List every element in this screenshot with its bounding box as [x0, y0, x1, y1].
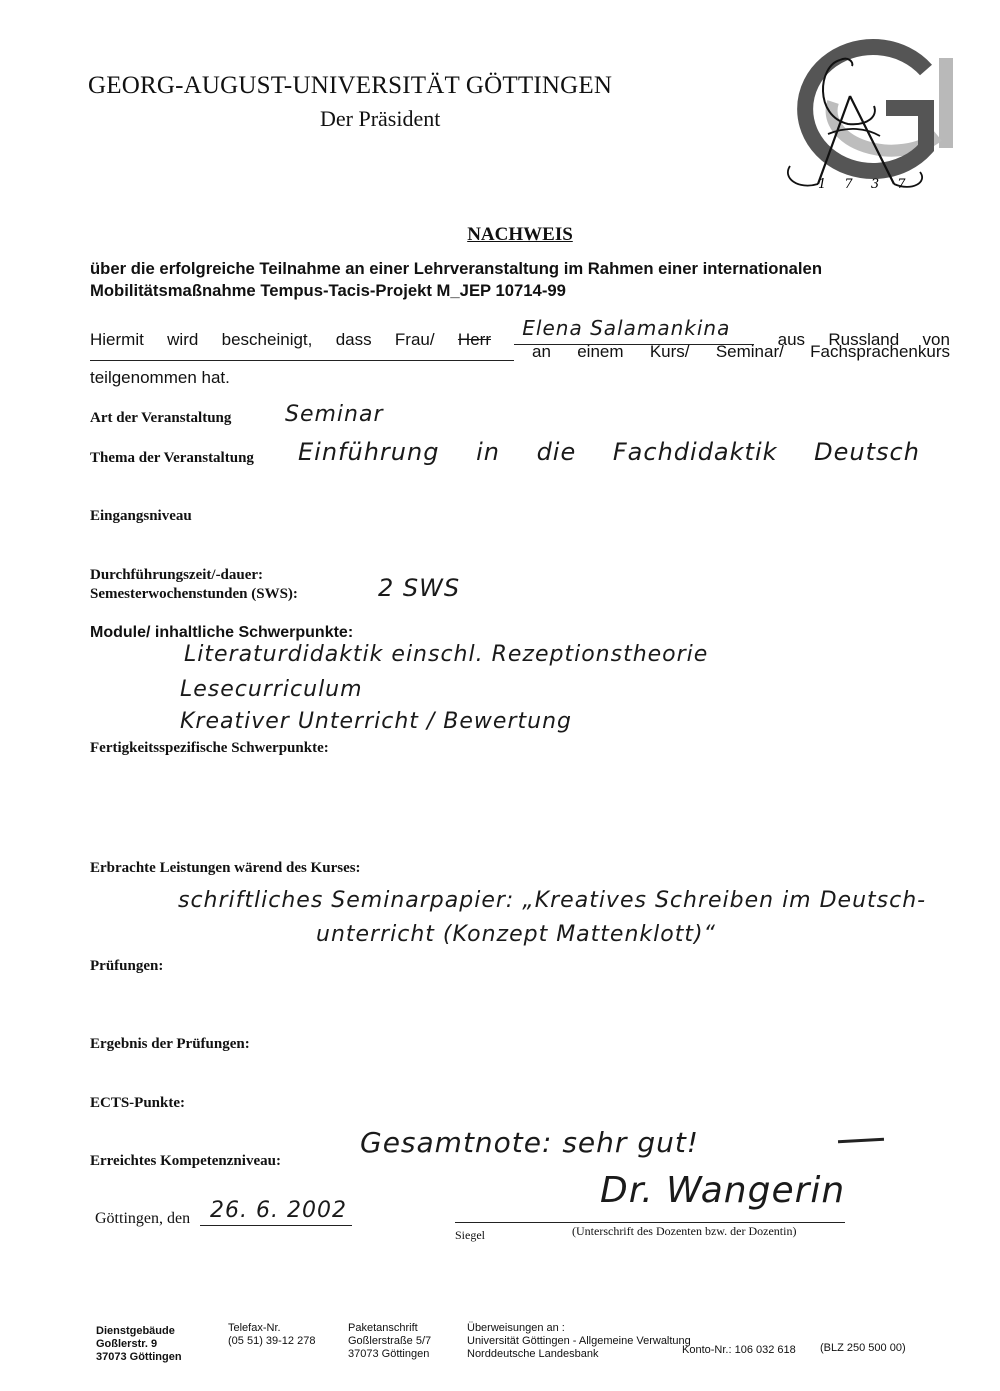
blank-date-line	[90, 360, 514, 361]
student-name: Elena Salamankina	[522, 316, 730, 340]
erbracht-value: schriftliches Seminarpapier: „Kreatives …	[178, 888, 926, 913]
footer-account-number: Konto-Nr.: 106 032 618	[682, 1344, 796, 1356]
kompetenz-label: Erreichtes Kompetenzniveau:	[90, 1153, 281, 1170]
cert-word: an	[532, 342, 551, 362]
module-value: Kreativer Unterricht / Bewertung	[180, 709, 572, 734]
footer-bank-transfer: Überweisungen an : Universität Göttingen…	[467, 1322, 691, 1361]
footer-fax: Telefax-Nr. (05 51) 39-12 278	[228, 1322, 315, 1348]
cert-word: Fachsprachenkurs	[810, 342, 950, 362]
office-title: Der Präsident	[320, 106, 440, 132]
cert-word: Seminar/	[716, 342, 784, 362]
struck-salutation: Herr	[458, 330, 491, 350]
dauer-label: Durchführungszeit/-dauer:	[90, 567, 263, 584]
erbracht-value: unterricht (Konzept Mattenklott)“	[316, 922, 716, 947]
cert-word: Frau/	[395, 330, 435, 350]
footer-blz: (BLZ 250 500 00)	[820, 1342, 906, 1354]
thema-value: Einführung in die Fachdidaktik Deutsch	[298, 438, 920, 466]
cert-word: dass	[336, 330, 372, 350]
cert-word: einem	[577, 342, 623, 362]
seal-label: Siegel	[455, 1228, 485, 1243]
ects-label: ECTS-Punkte:	[90, 1095, 185, 1112]
footer-parcel-address: Paketanschrift Goßlerstraße 5/7 37073 Gö…	[348, 1322, 431, 1361]
pruefungen-label: Prüfungen:	[90, 958, 163, 975]
footer-building: Dienstgebäude Goßlerstr. 9 37073 Götting…	[96, 1325, 182, 1364]
erbracht-label: Erbrachte Leistungen wärend des Kurses:	[90, 860, 361, 877]
cert-word: Hiermit	[90, 330, 144, 350]
fertigkeit-label: Fertigkeitsspezifische Schwerpunkte:	[90, 740, 329, 757]
signature: Dr. Wangerin	[600, 1170, 845, 1211]
signature-line	[455, 1222, 845, 1223]
certification-line-2: an einem Kurs/ Seminar/ Fachsprachenkurs	[532, 342, 950, 362]
module-value: Lesecurriculum	[180, 677, 363, 702]
thema-label: Thema der Veranstaltung	[90, 450, 254, 467]
eingangsniveau-label: Eingangsniveau	[90, 508, 192, 525]
kompetenz-value: Gesamtnote: sehr gut!	[360, 1126, 699, 1159]
art-label: Art der Veranstaltung	[90, 410, 231, 427]
pen-stroke	[838, 1138, 884, 1143]
date-value: 26. 6. 2002	[210, 1198, 347, 1223]
place-label: Göttingen, den	[95, 1210, 190, 1228]
cert-word: Kurs/	[650, 342, 690, 362]
signature-caption: (Unterschrift des Dozenten bzw. der Doze…	[572, 1224, 796, 1239]
ga-monogram-logo: 1 7 3 7	[778, 36, 968, 198]
date-line	[200, 1225, 352, 1226]
sws-label: Semesterwochenstunden (SWS):	[90, 586, 298, 603]
document-subtitle: über die erfolgreiche Teilnahme an einer…	[90, 258, 933, 302]
ergebnis-label: Ergebnis der Prüfungen:	[90, 1036, 250, 1053]
logo-year: 1 7 3 7	[818, 177, 906, 192]
university-name: GEORG-AUGUST-UNIVERSITÄT GÖTTINGEN	[88, 72, 612, 100]
cert-word: wird	[167, 330, 198, 350]
module-label: Module/ inhaltliche Schwerpunkte:	[90, 624, 353, 642]
cert-word: bescheinigt,	[222, 330, 313, 350]
module-value: Literaturdidaktik einschl. Rezeptionsthe…	[184, 642, 708, 667]
sws-value: 2 SWS	[378, 574, 460, 602]
art-value: Seminar	[285, 402, 384, 427]
certification-line-3: teilgenommen hat.	[90, 368, 230, 388]
document-title: NACHWEIS	[0, 224, 1000, 246]
